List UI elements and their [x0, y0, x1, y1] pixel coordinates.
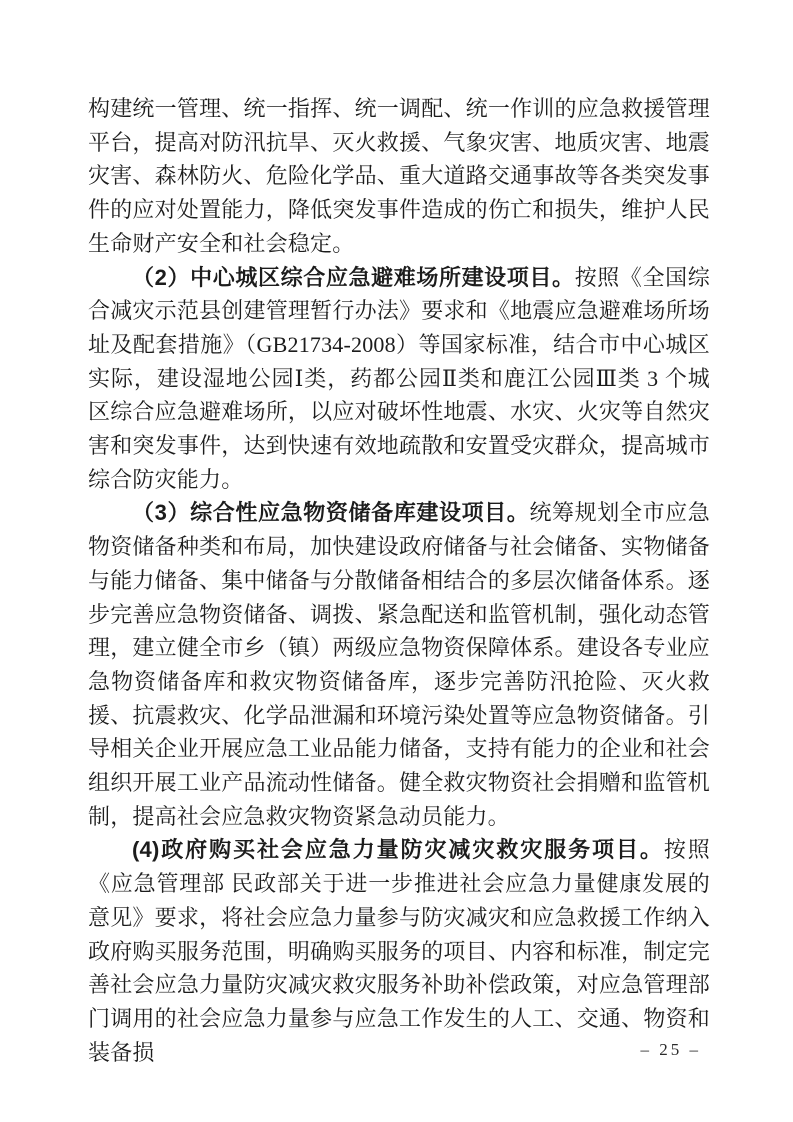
- paragraph: 构建统一管理、统一指挥、统一调配、统一作训的应急救援管理平台，提高对防汛抗旱、灭…: [88, 92, 710, 261]
- paragraph-text: 统筹规划全市应急物资储备种类和布局，加快建设政府储备与社会储备、实物储备与能力储…: [88, 500, 710, 828]
- paragraph-lead: （3）综合性应急物资储备库建设项目。: [132, 500, 529, 525]
- text-content: 构建统一管理、统一指挥、统一调配、统一作训的应急救援管理平台，提高对防汛抗旱、灭…: [88, 92, 710, 1069]
- paragraph: （3）综合性应急物资储备库建设项目。统筹规划全市应急物资储备种类和布局，加快建设…: [88, 496, 710, 833]
- paragraph-text: 按照《全国综合减灾示范县创建管理暂行办法》要求和《地震应急避难场所场址及配套措施…: [88, 265, 710, 492]
- paragraph-lead: （2）中心城区综合应急避难场所建设项目。: [132, 265, 575, 290]
- document-page: 构建统一管理、统一指挥、统一调配、统一作训的应急救援管理平台，提高对防汛抗旱、灭…: [0, 0, 793, 1122]
- paragraph: (4)政府购买社会应急力量防灾减灾救灾服务项目。按照《应急管理部 民政部关于进一…: [88, 833, 710, 1069]
- paragraph-text: 构建统一管理、统一指挥、统一调配、统一作训的应急救援管理平台，提高对防汛抗旱、灭…: [88, 96, 710, 256]
- paragraph-lead: (4)政府购买社会应急力量防灾减灾救灾服务项目。: [132, 837, 664, 862]
- paragraph: （2）中心城区综合应急避难场所建设项目。按照《全国综合减灾示范县创建管理暂行办法…: [88, 261, 710, 497]
- page-number: – 25 –: [641, 1040, 702, 1060]
- paragraph-text: 按照《应急管理部 民政部关于进一步推进社会应急力量健康发展的意见》要求，将社会应…: [88, 837, 710, 1064]
